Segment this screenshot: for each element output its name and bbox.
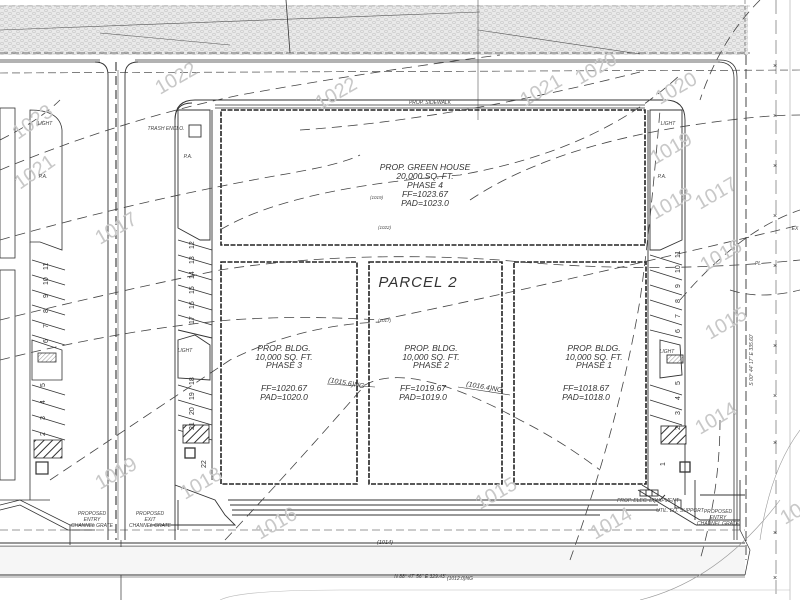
svg-text:LIGHT: LIGHT: [660, 349, 676, 355]
svg-text:7: 7: [675, 314, 682, 318]
svg-text:10: 10: [675, 265, 682, 273]
svg-text:2: 2: [40, 432, 47, 436]
parcel-label: PARCEL 2: [378, 274, 457, 291]
svg-text:1019: 1019: [647, 128, 697, 169]
svg-text:PAD=1018.0: PAD=1018.0: [562, 392, 610, 402]
contour-labels: 1023 1022 1022 1021 1021 1020 1020 1019 …: [8, 48, 800, 544]
svg-text:1015: 1015: [702, 303, 752, 344]
svg-text:(1014): (1014): [377, 540, 393, 546]
svg-text:12: 12: [189, 241, 196, 249]
svg-text:5: 5: [675, 381, 682, 385]
phase2-label: PROP. BLDG. 10,000 SQ. FT. PHASE 2 FF=10…: [399, 343, 460, 402]
svg-text:20: 20: [189, 407, 196, 415]
svg-text:×: ×: [773, 113, 777, 120]
svg-text:LIGHT: LIGHT: [38, 121, 54, 127]
svg-text:×: ×: [773, 343, 777, 350]
svg-text:1015: 1015: [472, 473, 522, 514]
svg-text:11: 11: [675, 251, 682, 258]
svg-text:3: 3: [40, 416, 47, 420]
svg-text:(1016.4)NG: (1016.4)NG: [466, 381, 504, 394]
svg-text:P.A.: P.A.: [39, 174, 48, 180]
svg-text:4: 4: [40, 400, 47, 404]
svg-text:1018: 1018: [177, 463, 227, 504]
svg-text:1022: 1022: [152, 58, 202, 99]
svg-text:×: ×: [773, 575, 777, 582]
svg-text:8: 8: [675, 299, 682, 303]
left-parking-stall-numbers: 11 10 9 8 7 6 5 4 3 2: [40, 263, 50, 436]
svg-text:1020: 1020: [652, 68, 702, 109]
svg-text:3: 3: [675, 411, 682, 415]
svg-text:11: 11: [43, 263, 50, 270]
svg-text:(1012.0)NG: (1012.0)NG: [447, 576, 473, 582]
svg-text:19: 19: [189, 392, 196, 400]
svg-text:EX: EX: [792, 226, 799, 232]
svg-text:×: ×: [773, 163, 777, 170]
svg-text:P.A.: P.A.: [658, 174, 667, 180]
svg-text:1013: 1013: [777, 488, 800, 529]
svg-text:CHANNEL GRATE: CHANNEL GRATE: [697, 521, 740, 527]
svg-text:PHASE 1: PHASE 1: [576, 360, 612, 370]
svg-text:1016: 1016: [252, 503, 302, 544]
svg-text:PHASE 2: PHASE 2: [413, 360, 449, 370]
svg-text:×: ×: [773, 213, 777, 220]
svg-text:(1019): (1019): [370, 195, 384, 200]
svg-text:×: ×: [773, 393, 777, 400]
svg-text:S 00° 44' 17" E 335.60': S 00° 44' 17" E 335.60': [749, 333, 755, 385]
site-plan-drawing: ××× ××× ××× × 11 10 9 8 7 6: [0, 0, 800, 600]
svg-text:4: 4: [675, 396, 682, 400]
svg-text:PHASE 3: PHASE 3: [266, 360, 302, 370]
svg-text:15: 15: [189, 286, 196, 294]
svg-text:1018: 1018: [647, 183, 697, 224]
svg-text:6: 6: [675, 329, 682, 333]
svg-text:×: ×: [773, 63, 777, 70]
svg-text:21: 21: [189, 422, 196, 430]
svg-text:TRASH ENCLO.: TRASH ENCLO.: [148, 126, 185, 132]
svg-text:1014: 1014: [587, 503, 637, 544]
svg-text:1021: 1021: [10, 151, 59, 195]
phase1-label: PROP. BLDG. 10,000 SQ. FT. PHASE 1 FF=10…: [562, 343, 623, 402]
svg-text:LIGHT: LIGHT: [178, 348, 194, 354]
svg-text:N 88° 47' 56" E 329.43': N 88° 47' 56" E 329.43': [394, 574, 447, 580]
svg-text:5: 5: [40, 383, 47, 387]
svg-text:2: 2: [675, 426, 682, 430]
svg-text:×: ×: [773, 530, 777, 537]
svg-text:17: 17: [189, 316, 196, 324]
svg-text:(1022): (1022): [378, 225, 392, 230]
phase3-label: PROP. BLDG. 10,000 SQ. FT. PHASE 3 FF=10…: [255, 343, 312, 402]
svg-text:PAD=1019.0: PAD=1019.0: [399, 392, 447, 402]
svg-text:1: 1: [660, 462, 667, 466]
svg-text:9: 9: [675, 284, 682, 288]
svg-text:×: ×: [773, 440, 777, 447]
svg-text:1017: 1017: [92, 208, 142, 249]
svg-text:7: 7: [43, 324, 50, 328]
svg-text:18: 18: [189, 377, 196, 385]
svg-text:PROP. ELEC. EQUIPMENT: PROP. ELEC. EQUIPMENT: [617, 498, 680, 504]
greenhouse-label: PROP. GREEN HOUSE 20,000 SQ. FT. PHASE 4…: [380, 162, 471, 208]
svg-text:PAD=1020.0: PAD=1020.0: [260, 392, 308, 402]
svg-text:10: 10: [43, 277, 50, 285]
svg-text:P.A.: P.A.: [184, 154, 193, 160]
svg-text:(1015.6)NG: (1015.6)NG: [328, 377, 366, 390]
svg-text:9: 9: [43, 294, 50, 298]
driveway-left: [95, 62, 138, 600]
svg-text:13: 13: [189, 256, 196, 264]
svg-text:16: 16: [189, 301, 196, 309]
svg-text:PAD=1023.0: PAD=1023.0: [401, 198, 449, 208]
svg-text:PROP. SIDEWALK: PROP. SIDEWALK: [409, 100, 452, 106]
svg-text:8: 8: [43, 309, 50, 313]
svg-text:LIGHT: LIGHT: [661, 121, 677, 127]
svg-text:UTIL. EQ. SUPPORT: UTIL. EQ. SUPPORT: [656, 508, 705, 514]
svg-text:CHANNEL GRATE: CHANNEL GRATE: [129, 523, 172, 529]
svg-text:CHANNEL GRATE: CHANNEL GRATE: [71, 523, 114, 529]
svg-text:22: 22: [201, 460, 208, 468]
svg-text:×: ×: [773, 263, 777, 270]
svg-text:PL: PL: [755, 261, 761, 267]
svg-text:(1017): (1017): [378, 318, 392, 323]
svg-text:14: 14: [189, 271, 196, 279]
svg-text:6: 6: [43, 339, 50, 343]
svg-text:1016: 1016: [697, 235, 747, 276]
